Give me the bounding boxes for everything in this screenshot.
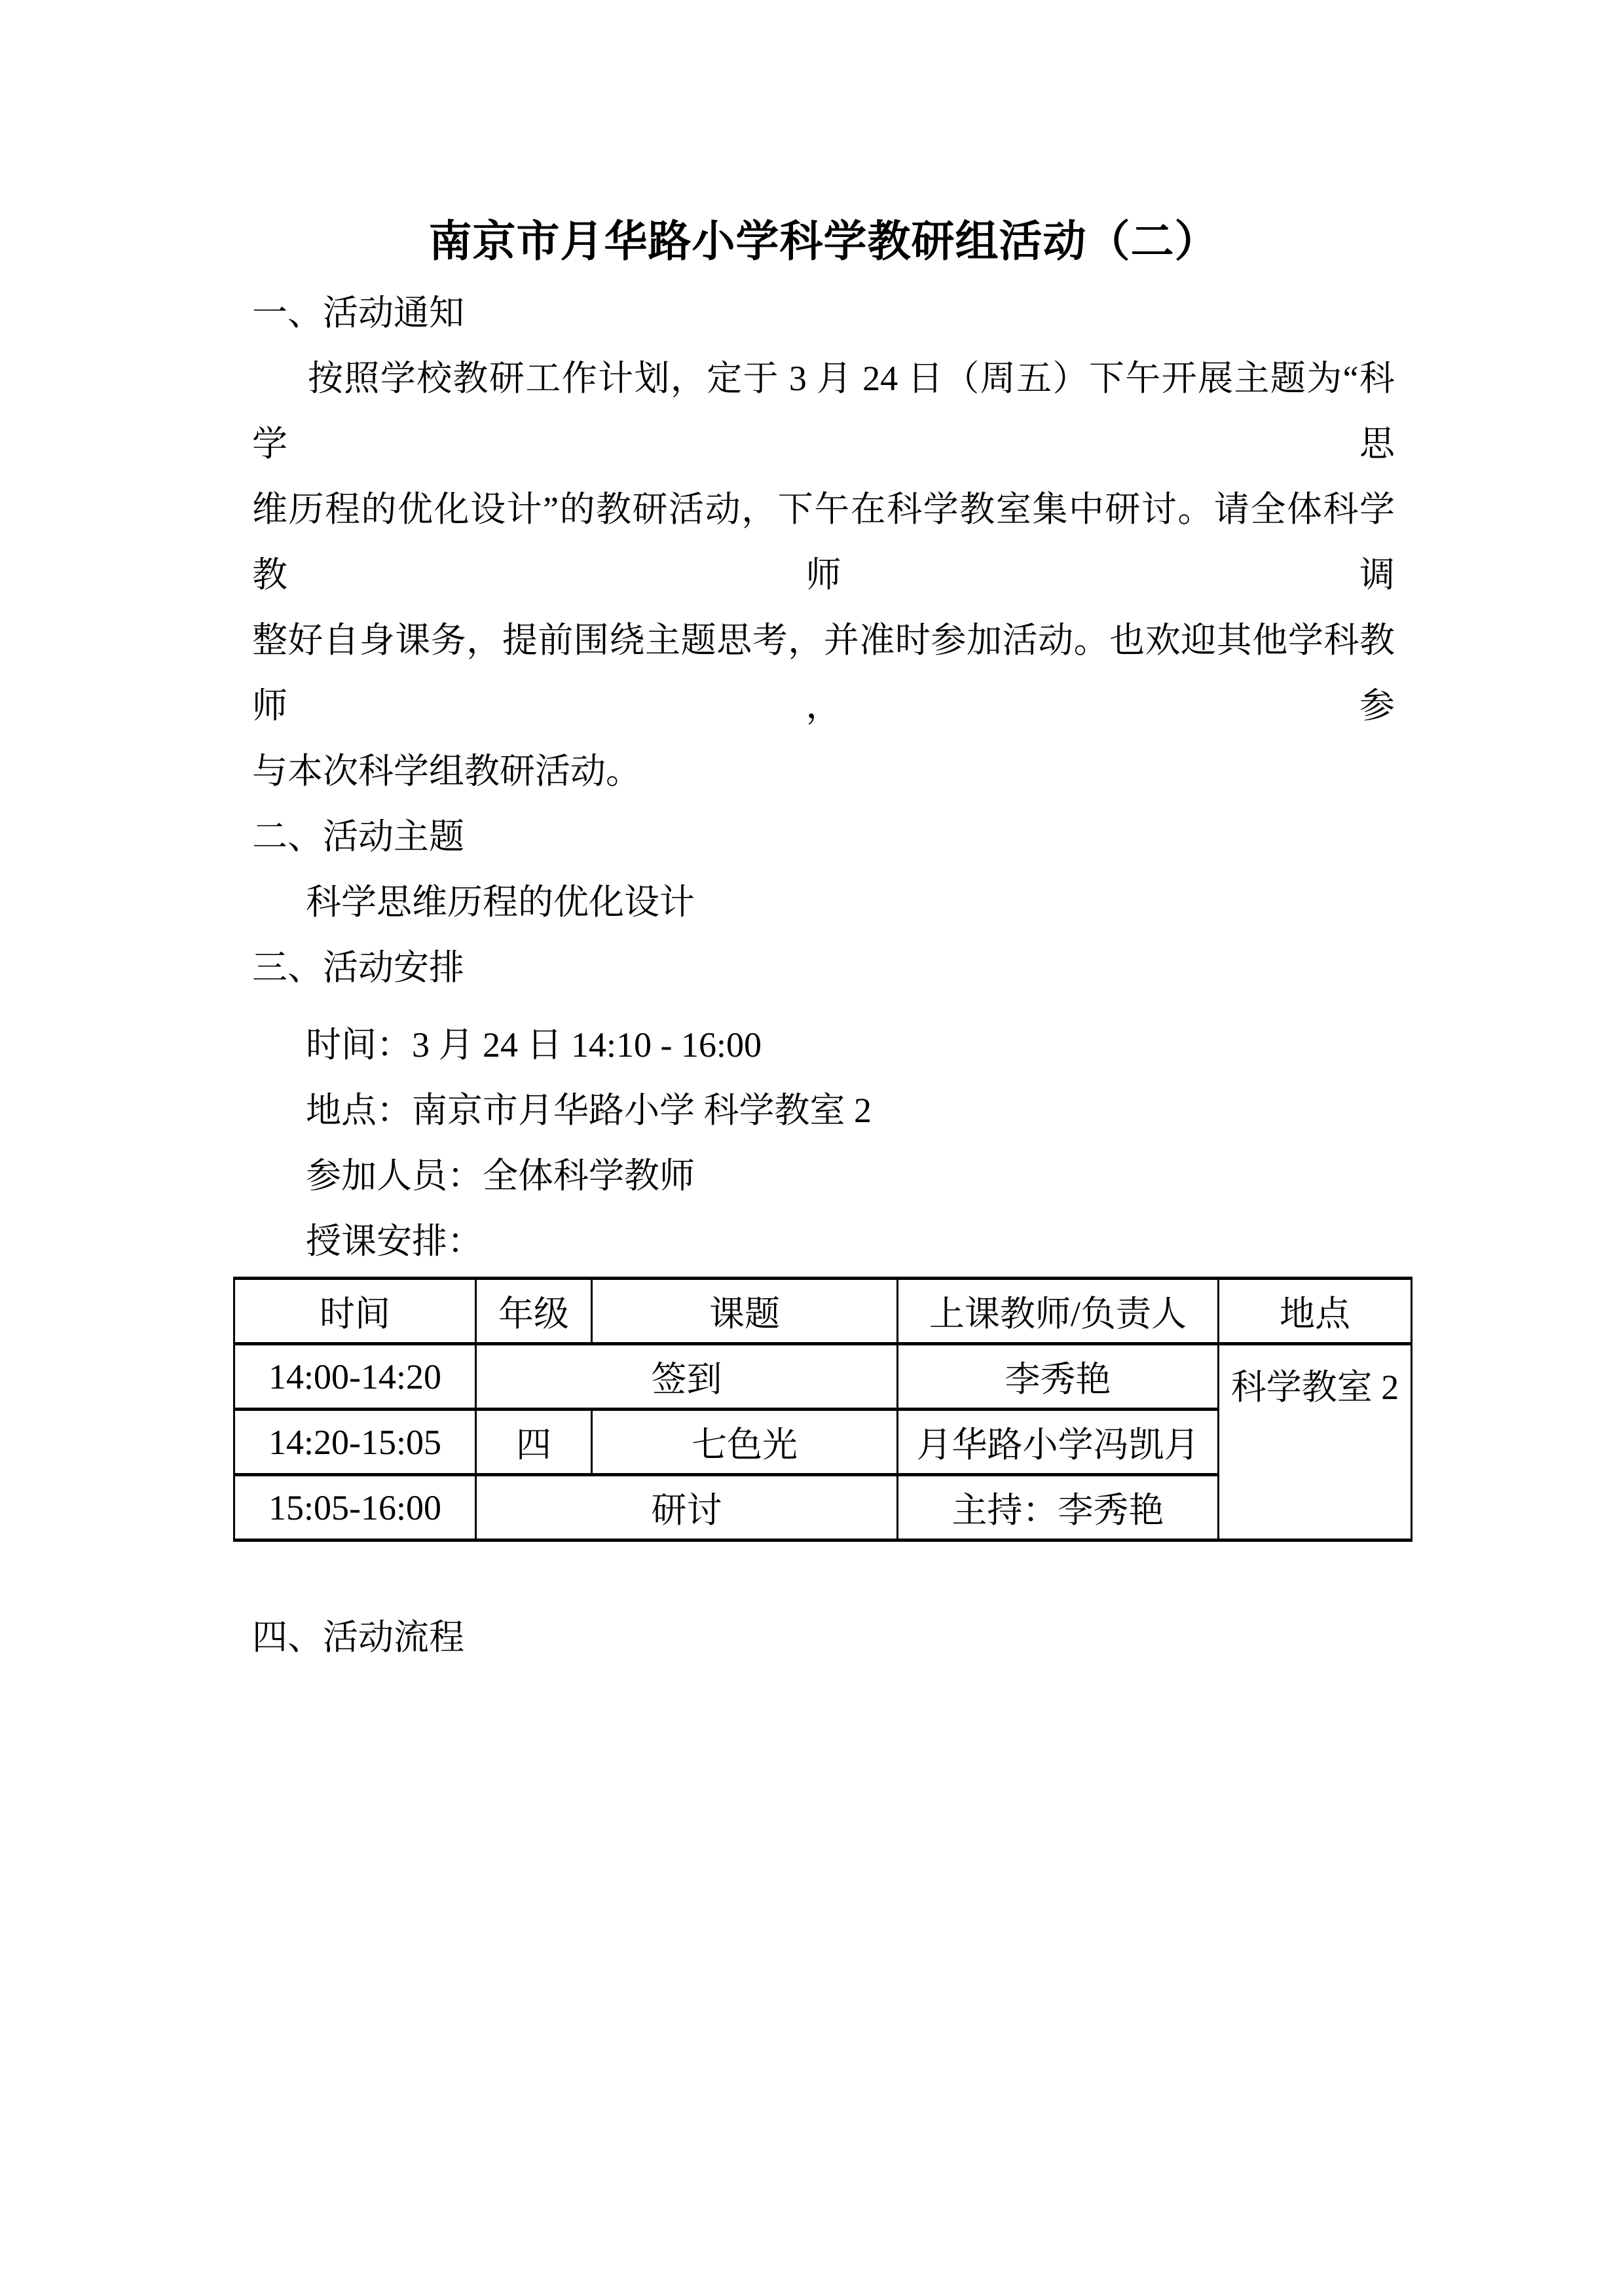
cell-teacher: 李秀艳 <box>898 1344 1219 1410</box>
header-topic: 课题 <box>592 1279 898 1344</box>
section-2-heading: 二、活动主题 <box>252 804 1395 869</box>
cell-grade: 四 <box>476 1410 592 1475</box>
document-body: 南京市月华路小学科学教研组活动（二） 一、活动通知 按照学校教研工作计划，定于 … <box>252 0 1395 1670</box>
cell-teacher: 主持：李秀艳 <box>898 1475 1219 1540</box>
cell-time: 14:00-14:20 <box>234 1344 476 1410</box>
header-time: 时间 <box>234 1279 476 1344</box>
time-line: 时间：3 月 24 日 14:10 - 16:00 <box>252 1012 1395 1078</box>
section-1-heading: 一、活动通知 <box>252 280 1395 346</box>
cell-topic: 七色光 <box>592 1410 898 1475</box>
table-row: 14:00-14:20 签到 李秀艳 科学教室 2 <box>234 1344 1412 1410</box>
notice-paragraph-line-2: 维历程的优化设计”的教研活动，下午在科学教室集中研讨。请全体科学教师调 <box>252 477 1395 608</box>
cell-activity: 签到 <box>476 1344 898 1410</box>
cell-teacher: 月华路小学冯凯月 <box>898 1410 1219 1475</box>
activity-theme: 科学思维历程的优化设计 <box>252 869 1395 935</box>
header-location: 地点 <box>1219 1279 1412 1344</box>
header-grade: 年级 <box>476 1279 592 1344</box>
document-page: 南京市月华路小学科学教研组活动（二） 一、活动通知 按照学校教研工作计划，定于 … <box>0 0 1624 2296</box>
section-4-heading: 四、活动流程 <box>252 1605 1395 1670</box>
notice-paragraph-line-1: 按照学校教研工作计划，定于 3 月 24 日（周五）下午开展主题为“科学思 <box>252 346 1395 477</box>
notice-paragraph-line-4: 与本次科学组教研活动。 <box>252 738 1395 804</box>
notice-paragraph: 按照学校教研工作计划，定于 3 月 24 日（周五）下午开展主题为“科学思 维历… <box>252 346 1395 804</box>
cell-activity: 研讨 <box>476 1475 898 1540</box>
location-line: 地点：南京市月华路小学 科学教室 2 <box>252 1078 1395 1143</box>
header-teacher: 上课教师/负责人 <box>898 1279 1219 1344</box>
document-title: 南京市月华路小学科学教研组活动（二） <box>252 211 1395 274</box>
table-header-row: 时间 年级 课题 上课教师/负责人 地点 <box>234 1279 1412 1344</box>
cell-time: 14:20-15:05 <box>234 1410 476 1475</box>
section-3-heading: 三、活动安排 <box>252 935 1395 1000</box>
schedule-table: 时间 年级 课题 上课教师/负责人 地点 14:00-14:20 签到 李秀艳 … <box>233 1277 1412 1542</box>
participants-line: 参加人员：全体科学教师 <box>252 1143 1395 1209</box>
cell-location: 科学教室 2 <box>1219 1344 1412 1540</box>
schedule-label: 授课安排： <box>252 1209 1395 1274</box>
cell-time: 15:05-16:00 <box>234 1475 476 1540</box>
notice-paragraph-line-3: 整好自身课务，提前围绕主题思考，并准时参加活动。也欢迎其他学科教师，参 <box>252 608 1395 738</box>
